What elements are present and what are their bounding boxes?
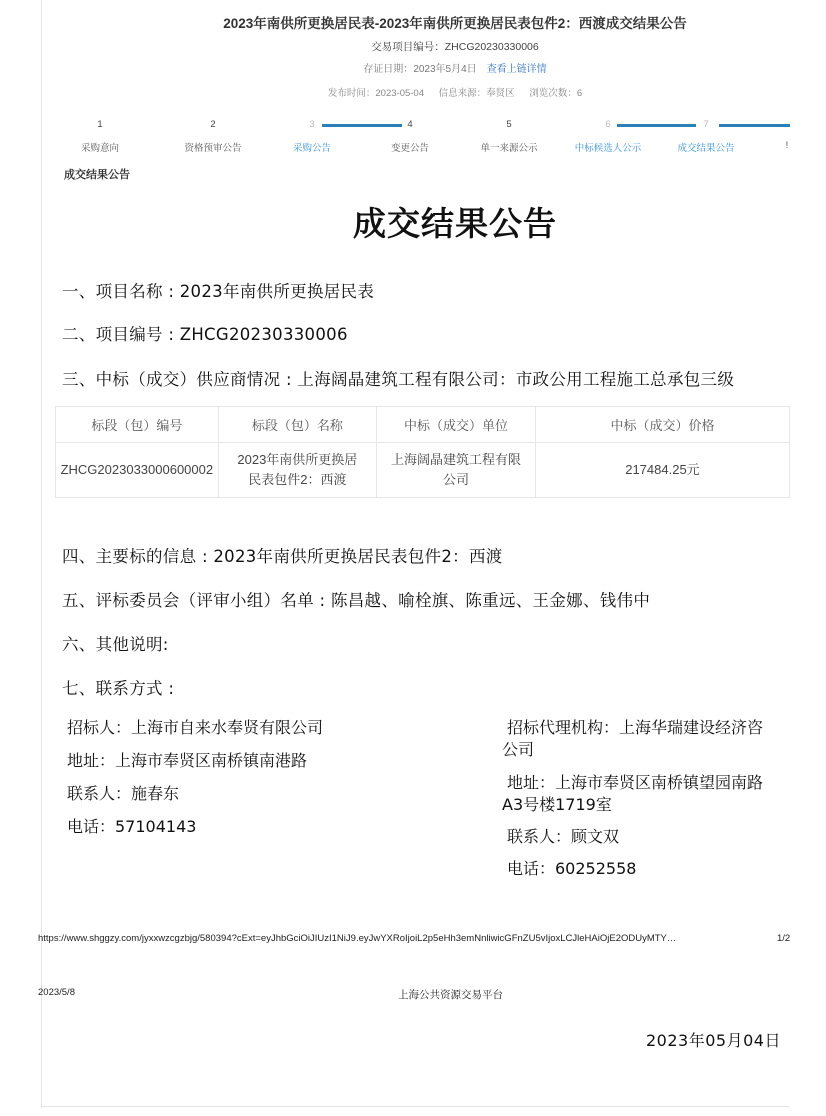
trade-code-label: 交易项目编号： [371,41,445,53]
cell-price: 217484.25元 [535,443,789,498]
trade-code-line: 交易项目编号：ZHCG20230330006 [0,39,790,54]
col-header-lot-name: 标段（包）名称 [218,407,376,443]
step-more[interactable]: ! [727,118,790,151]
publish-time: 2023-05-04 [375,88,424,99]
item-committee: 五、评标委员会（评审小组）名单 : 陈昌越、喻栓旗、陈重远、王金娜、钱伟中 [62,587,650,611]
tenderer-name: 招标人：上海市自来水奉贤有限公司 [67,717,323,739]
publish-time-label: 发布时间： [328,88,376,99]
sign-date: 2023年05月04日 [646,1028,781,1051]
tenderer-phone: 电话：57104143 [67,816,196,838]
agency-contact-person: 联系人：顾文双 [507,826,619,848]
agency-name: 招标代理机构：上海华瑞建设经济咨 [507,717,763,739]
chain-details-link[interactable]: 查看上链详情 [487,64,547,75]
source-label: 信息来源： [439,88,487,99]
document-title: 成交结果公告 [0,198,790,245]
print-site-name: 上海公共资源交易平台 [398,987,503,1002]
trade-code: ZHCG20230330006 [445,41,539,53]
col-header-price: 中标（成交）价格 [535,407,789,443]
publish-info-line: 发布时间：2023-05-04 信息来源：奉贤区 浏览次数：6 [0,85,790,99]
col-header-winner: 中标（成交）单位 [377,407,536,443]
step-procurement-intent[interactable]: 1 采购意向 [40,118,160,154]
agency-name-cont: 公司 [502,739,534,761]
source: 奉贤区 [486,88,515,99]
announcement-title: 2023年南供所更换居民表-2023年南供所更换居民表包件2：西渡成交结果公告 [0,12,790,32]
table-row: ZHCG2023033000600002 2023年南供所更换居 民表包件2：西… [56,443,790,498]
agency-address-cont: A3号楼1719室 [502,794,612,816]
result-table: 标段（包）编号 标段（包）名称 中标（成交）单位 中标（成交）价格 ZHCG20… [55,406,790,498]
col-header-lot-code: 标段（包）编号 [56,407,219,443]
item-project-code: 二、项目编号 : ZHCG20230330006 [62,321,348,345]
item-subject-info: 四、主要标的信息 : 2023年南供所更换居民表包件2：西渡 [62,543,503,567]
views-label: 浏览次数： [529,88,577,99]
evidence-date: 2023年5月4日 [413,64,476,75]
agency-address: 地址：上海市奉贤区南桥镇望园南路 [507,772,763,794]
tenderer-contact-person: 联系人：施春东 [67,783,179,805]
item-supplier: 三、中标（成交）供应商情况 : 上海阔晶建筑工程有限公司：市政公用工程施工总承包… [62,366,734,390]
item-contact: 七、联系方式 : [62,675,174,699]
cell-lot-code: ZHCG2023033000600002 [56,443,219,498]
item-other-notes: 六、其他说明: [62,631,169,655]
table-header-row: 标段（包）编号 标段（包）名称 中标（成交）单位 中标（成交）价格 [56,407,790,443]
tenderer-address: 地址：上海市奉贤区南桥镇南港路 [67,750,307,772]
process-steps: 1 采购意向 2 资格预审公告 3 采购公告 4 变更公告 5 单一来源公示 6… [0,118,790,158]
cell-winner: 上海阔晶建筑工程有限 公司 [377,443,536,498]
evidence-date-line: 存证日期：2023年5月4日查看上链详情 [0,60,790,75]
print-date: 2023/5/8 [38,987,75,998]
evidence-date-label: 存证日期： [363,64,413,75]
page-content: 2023年南供所更换居民表-2023年南供所更换居民表包件2：西渡成交结果公告 … [0,0,790,1116]
section-label: 成交结果公告 [64,166,130,182]
cell-lot-name: 2023年南供所更换居 民表包件2：西渡 [218,443,376,498]
views-count: 6 [577,88,582,99]
agency-phone: 电话：60252558 [507,858,636,880]
print-page-number: 1/2 [777,933,790,944]
item-project-name: 一、项目名称 : 2023年南供所更换居民表 [62,278,374,302]
print-footer-url: https://www.shggzy.com/jyxxwzcgzbjg/5803… [38,933,676,944]
